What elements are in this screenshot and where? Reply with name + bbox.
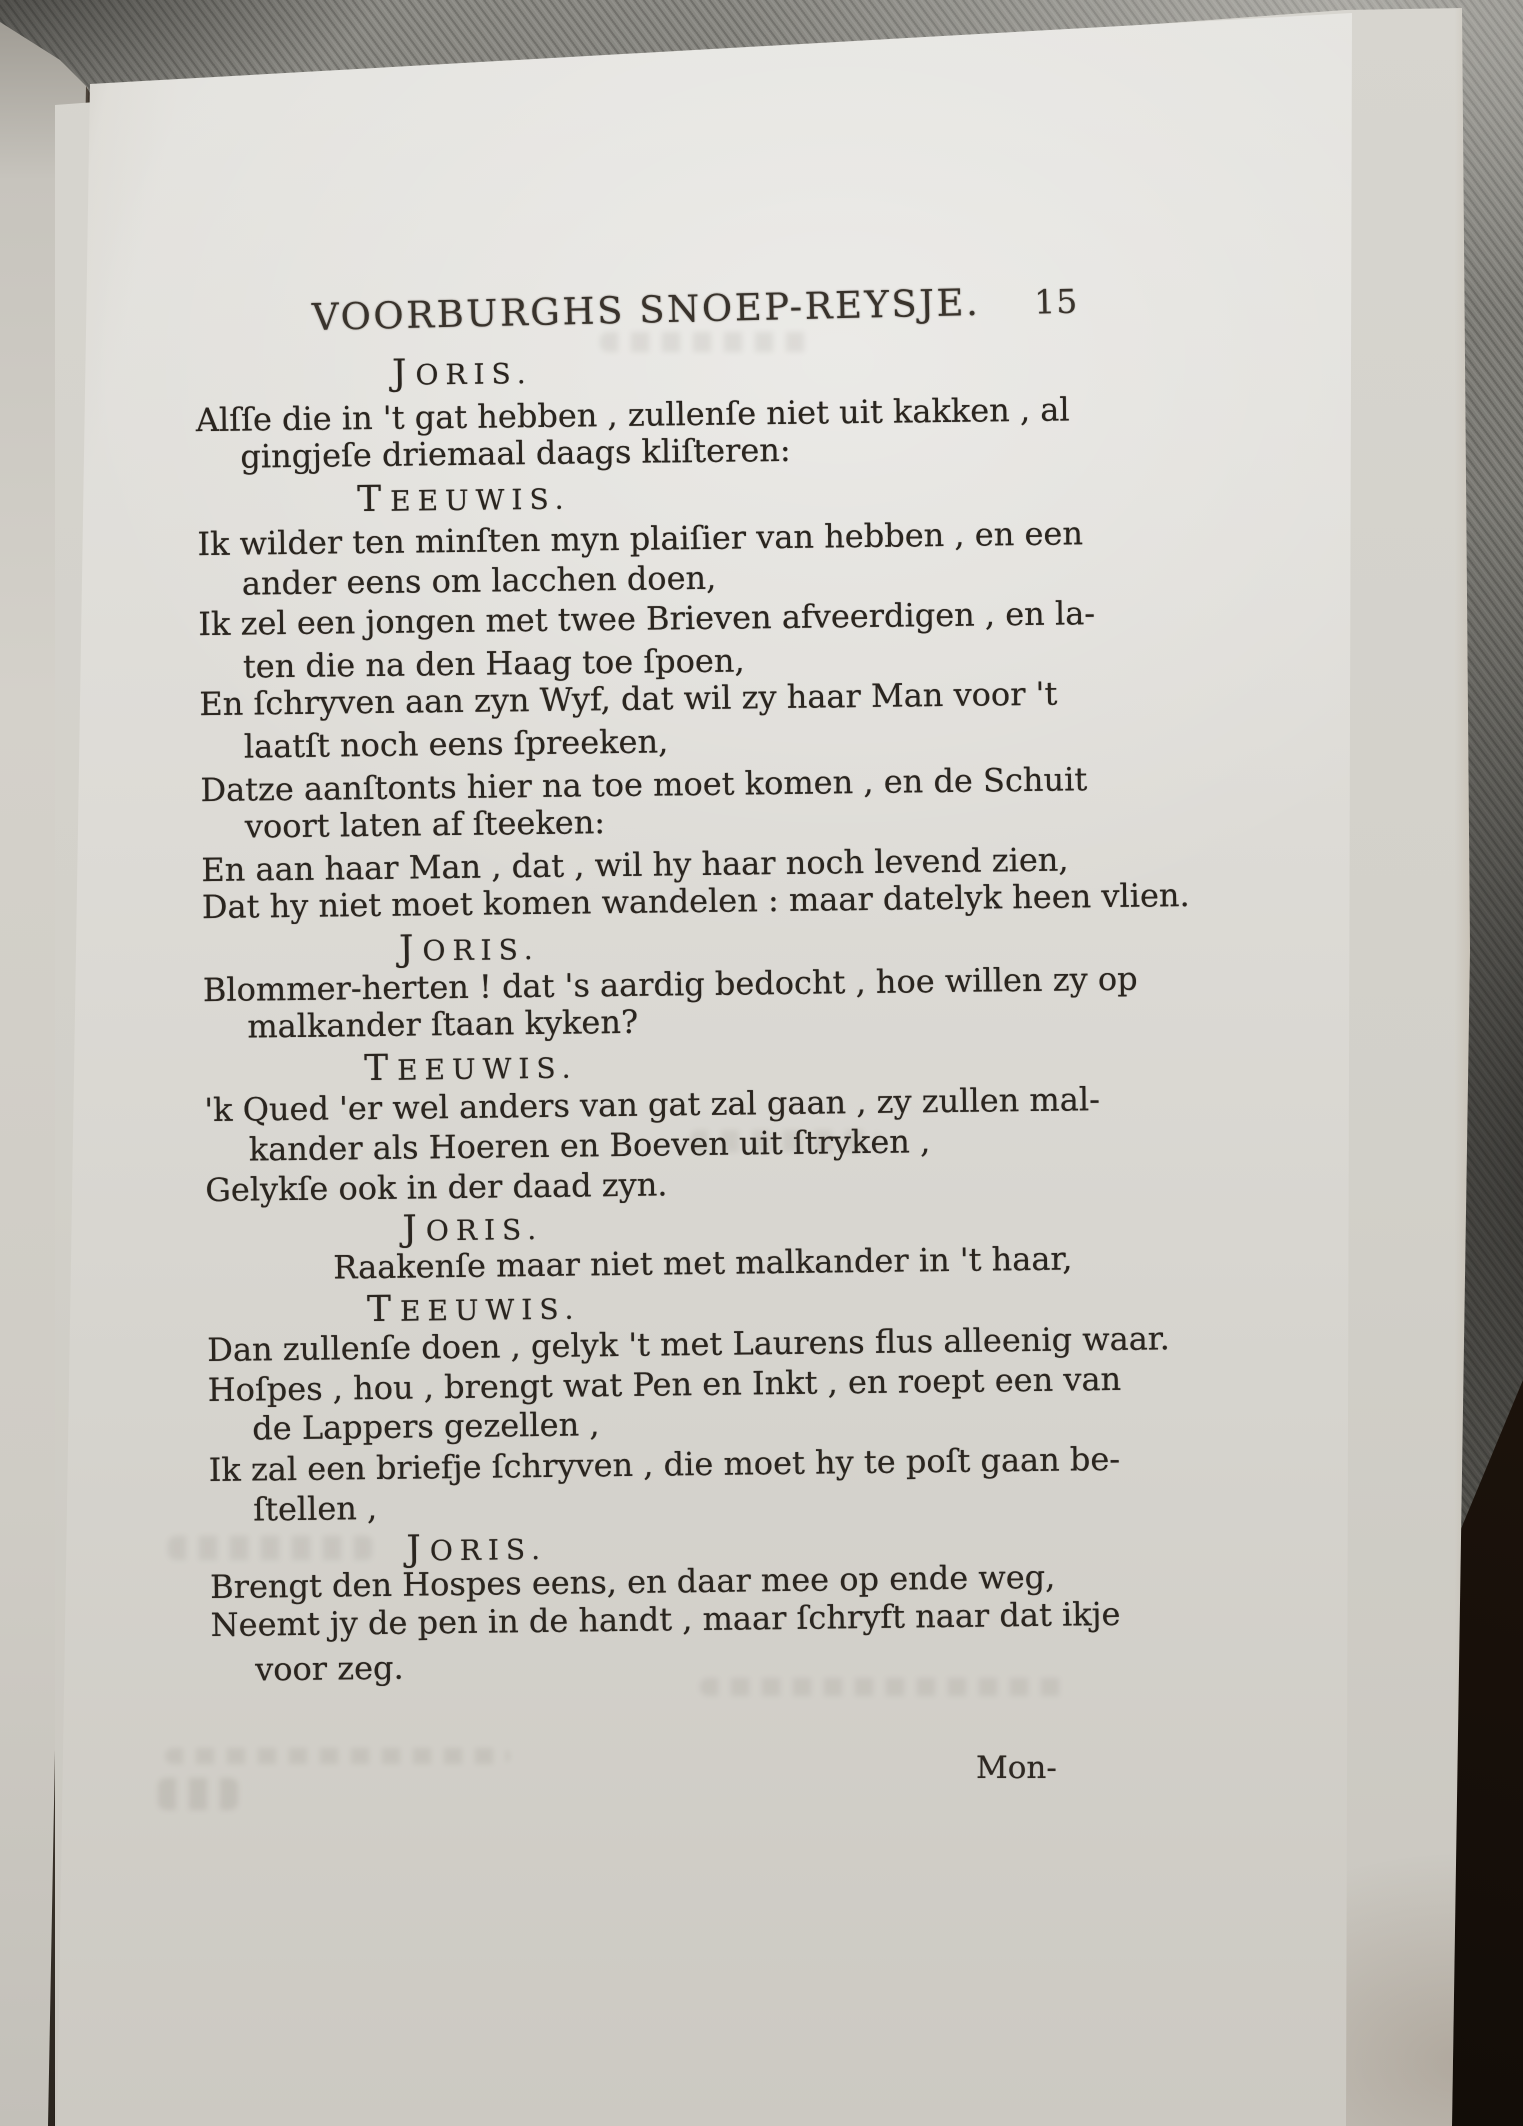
text-line: kander als Hoeren en Boeven uit ſtryken … — [249, 1122, 931, 1168]
speaker-name: TEEUWIS. — [199, 475, 729, 522]
text-line: laatſt noch eens ſpreeken, — [244, 722, 669, 765]
catchword: Mon- — [976, 1750, 1057, 1786]
text-line: ander eens om lacchen doen, — [242, 559, 717, 603]
speaker-name: TEEUWIS. — [206, 1044, 736, 1091]
text-line: de Lappers gezellen , — [252, 1405, 600, 1447]
text-line: malkander ſtaan kyken? — [247, 1003, 638, 1046]
text-line: voort laten af ſteeken: — [245, 803, 606, 845]
text-line: gingjeſe driemaal daags kliſteren: — [240, 431, 791, 476]
text-line: ſtellen , — [253, 1489, 377, 1529]
text-line: Datze aanſtonts hier na toe moet komen ,… — [200, 760, 1087, 809]
page-number: 15 — [1034, 282, 1079, 322]
book-photograph: VOORBURGHS SNOEP-REYSJE.15 JORIS.Alſſe d… — [0, 0, 1523, 2126]
text-line: voor zeg. — [255, 1649, 404, 1689]
text-line: Gelykſe ook in der daad zyn. — [205, 1165, 668, 1209]
text-line: Ik zel een jongen met twee Brieven afvee… — [198, 594, 1095, 643]
text-line: Ik zal een briefje ſchryven , die moet h… — [209, 1440, 1121, 1489]
text-line: Raakenſe maar niet met malkander in 't h… — [333, 1239, 1073, 1286]
text-line: Ik wilder ten minſten myn plaiſier van h… — [197, 514, 1083, 563]
speaker-name: JORIS. — [197, 349, 727, 396]
